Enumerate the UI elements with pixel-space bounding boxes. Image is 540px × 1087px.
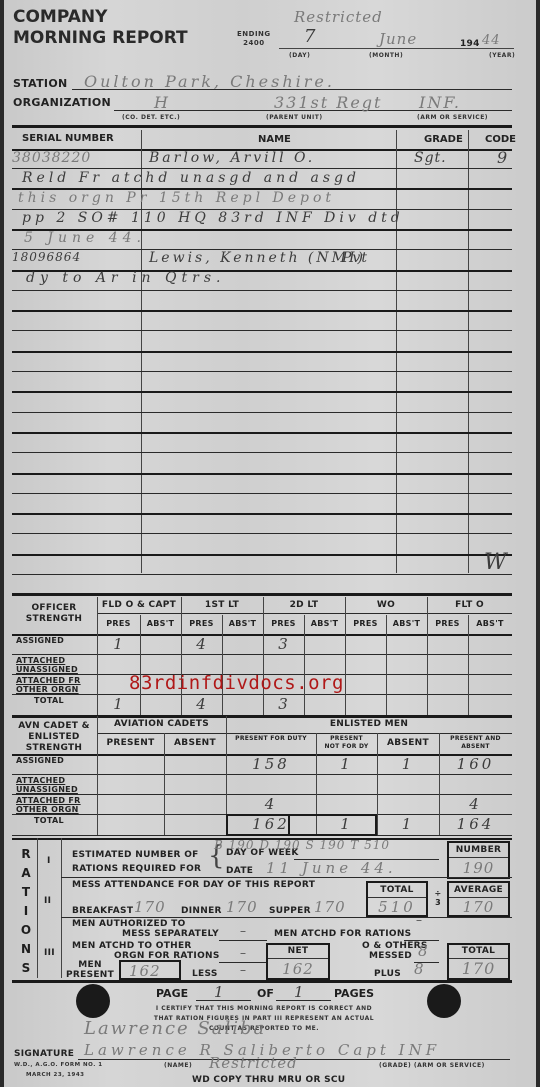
parent-caption: (PARENT UNIT): [266, 114, 323, 121]
officer-col-separator: [304, 615, 305, 715]
year-caption: (YEAR): [489, 52, 515, 59]
enlisted-col-header: ABSENT: [377, 738, 439, 749]
rations-letter: R: [20, 845, 32, 864]
entry-1-name: Barlow, Arvill O.: [149, 150, 315, 166]
officer-subcol-header: PRES: [263, 619, 304, 628]
officer-group-header: WO: [345, 600, 427, 610]
restricted-stamp-bottom: Restricted: [209, 1054, 298, 1072]
certify-line-1: I CERTIFY THAT THIS MORNING REPORT IS CO…: [134, 1004, 394, 1014]
rations-numeral-separator: [61, 838, 62, 978]
ruled-line: [12, 574, 512, 575]
officer-subcol-header: ABS'T: [304, 619, 345, 628]
enlisted-cell: 158: [226, 755, 316, 773]
copy-note: WD COPY THRU MRU OR SCU: [192, 1075, 345, 1085]
entry-1-remark-3: pp 2 SO# 110 HQ 83rd INF Div dtd: [22, 210, 404, 226]
number-label: NUMBER: [449, 843, 508, 858]
date-value: 11 June 44.: [266, 859, 397, 877]
rations-letter: A: [20, 864, 32, 883]
enlisted-group-underline: [97, 733, 512, 734]
enlisted-cell: 4: [226, 795, 316, 813]
dinner-value: 170: [226, 898, 258, 916]
of-label: OF: [257, 987, 274, 1000]
auth-label-2: MESS SEPARATELY: [122, 929, 219, 939]
mess-total-box: TOTAL 510: [366, 881, 428, 917]
rations-part1-label-2: RATIONS REQUIRED FOR: [72, 862, 201, 876]
officer-strength-title: OFFICER STRENGTH: [18, 603, 90, 625]
organization-label: ORGANIZATION: [13, 96, 111, 109]
divide-by-three: ÷ 3: [431, 889, 445, 907]
auth-line: [219, 940, 267, 941]
total-present-box-divider: [288, 814, 290, 835]
officer-cell: 1: [97, 635, 140, 653]
entry-1-code: 9: [497, 148, 508, 167]
less-value: –: [240, 963, 247, 977]
atchd-other-label-1: MEN ATCHD TO OTHER: [72, 941, 192, 951]
enlisted-col-header: PRESENT FOR DUTY: [226, 735, 316, 743]
less-label: LESS: [192, 969, 218, 979]
officer-col-separator: [140, 615, 141, 715]
officer-cell: 3: [263, 695, 304, 713]
enlisted-row-label: ATTACHED UNASSIGNED: [16, 776, 96, 794]
handwritten-signature: Lawrence Saliba: [84, 1018, 266, 1039]
dinner-label: DINNER: [181, 906, 222, 916]
ruled-line: [12, 371, 512, 372]
arm-caption: (ARM OR SERVICE): [417, 114, 488, 121]
enlisted-col-header: PRESENT: [97, 738, 164, 749]
rations-letter-separator: [37, 838, 38, 978]
officer-group-header: FLT O: [427, 600, 512, 610]
ending-label-1: ENDING: [237, 30, 271, 39]
date-label: DATE: [226, 866, 253, 876]
entry-2-serial: 18096864: [12, 250, 81, 264]
ruled-line: [12, 290, 512, 291]
men-present-label: MEN PRESENT: [66, 960, 114, 980]
officer-group-underline: [97, 613, 512, 614]
page-number: 1: [214, 983, 225, 1001]
average-box: AVERAGE 170: [447, 881, 510, 917]
plus-label: PLUS: [374, 969, 401, 979]
enlisted-strength-title: AVN CADET & ENLISTED STRENGTH: [16, 721, 92, 754]
rations-part1-bottom: [61, 877, 512, 878]
supper-value: 170: [314, 898, 346, 916]
enlisted-row-line: [12, 774, 512, 775]
number-box: NUMBER 190: [447, 841, 510, 879]
ruled-line: [12, 330, 512, 331]
aviation-cadets-header: AVIATION CADETS: [97, 719, 226, 729]
atchd-for-rations-value: –: [416, 913, 423, 927]
officer-subcol-header: ABS'T: [468, 619, 512, 628]
men-present-label-2: PRESENT: [66, 970, 114, 980]
rations-total-value: 170: [449, 959, 508, 979]
atchd-other-value: –: [240, 946, 247, 960]
rations-letter: I: [20, 902, 32, 921]
total-pages: 1: [294, 983, 305, 1001]
ruled-line: [12, 391, 512, 393]
entry-2-name: Lewis, Kenneth (NMI): [149, 250, 366, 266]
breakfast-value: 170: [134, 898, 166, 916]
enlisted-cell: 1: [377, 815, 439, 833]
ruled-line: [12, 432, 512, 434]
atchd-for-rations-label: MEN ATCHD FOR RATIONS: [274, 929, 411, 939]
ruled-line: [12, 493, 512, 494]
enlisted-col-separator: [164, 733, 165, 835]
officer-row-label: ATTACHED UNASSIGNED: [16, 656, 96, 674]
ruled-line: [12, 554, 512, 556]
header-divider: [12, 125, 512, 128]
rations-total-box: TOTAL 170: [447, 943, 510, 980]
officer-subcol-header: PRES: [97, 619, 140, 628]
o-others-label-2: MESSED: [369, 951, 412, 961]
enlisted-col-separator: [439, 733, 440, 835]
officer-cell: 3: [263, 635, 304, 653]
title-line-1: COMPANY: [13, 7, 188, 28]
supper-label: SUPPER: [269, 906, 311, 916]
station-value: Oulton Park, Cheshire.: [84, 72, 335, 91]
enlisted-col-header: PRESENT NOT FOR DY: [316, 735, 377, 751]
rations-total-label: TOTAL: [449, 945, 508, 959]
average-value: 170: [449, 898, 508, 916]
ruled-line: [12, 452, 512, 453]
average-label: AVERAGE: [449, 883, 508, 898]
month-caption: (MONTH): [369, 52, 403, 59]
enlisted-cell: 160: [439, 755, 512, 773]
rations-part1-numeral: I: [47, 856, 51, 866]
rations-bottom-border: [12, 980, 512, 983]
report-month: June: [379, 30, 417, 48]
net-box: NET 162: [266, 943, 330, 980]
o-others-value: 8: [418, 942, 429, 960]
officer-group-header: FLD O & CAPT: [97, 600, 181, 610]
officer-row-line: [12, 654, 512, 655]
officer-subcol-header: ABS'T: [140, 619, 181, 628]
rations-side-label: RATIONS: [20, 845, 32, 978]
title-line-2: MORNING REPORT: [13, 28, 188, 49]
enlisted-cell: 4: [439, 795, 512, 813]
officer-col-separator: [97, 597, 98, 715]
enlisted-row-label: ASSIGNED: [16, 756, 96, 765]
ending-label-2: 2400: [237, 39, 271, 48]
grade-arm-caption: (GRADE) (ARM OR SERVICE): [379, 1062, 485, 1069]
col-serial-number: SERIAL NUMBER: [22, 133, 114, 144]
officer-row-label: ASSIGNED: [16, 636, 96, 645]
form-date: MARCH 23, 1943: [26, 1072, 85, 1078]
day-of-week-value: B 190 D 190 S 190 T 510: [214, 838, 390, 852]
enlisted-col-header: ABSENT: [164, 738, 226, 749]
rations-letter: N: [20, 940, 32, 959]
enlisted-row-label: ATTACHED FR OTHER ORGN: [16, 796, 96, 814]
ending-label: ENDING 2400: [237, 30, 271, 48]
officer-col-separator: [222, 615, 223, 715]
men-present-label-1: MEN: [66, 960, 114, 970]
name-caption: (NAME): [164, 1062, 192, 1069]
year-prefix: 194: [460, 39, 480, 49]
officer-bottom-border: [12, 715, 512, 718]
entry-1-serial: 38038220: [12, 150, 91, 166]
enlisted-men-header: ENLISTED MEN: [226, 719, 512, 729]
men-present-value: 162: [121, 962, 179, 980]
entry-1-remark-4: 5 June 44.: [24, 230, 146, 246]
enlisted-col-header: PRESENT AND ABSENT: [439, 735, 512, 751]
plus-value: 8: [414, 960, 425, 978]
rations-letter: S: [20, 959, 32, 978]
officer-group-header: 1ST LT: [181, 600, 263, 610]
entry-1-remark-2: this orgn Pr 15th Repl Depot: [18, 190, 335, 206]
officer-subcol-header: PRES: [427, 619, 468, 628]
col-code: CODE: [485, 134, 516, 145]
signature-label: SIGNATURE: [14, 1049, 74, 1059]
officer-col-separator: [263, 597, 264, 715]
net-value: 162: [268, 959, 328, 979]
officer-col-separator: [386, 615, 387, 715]
margin-initial: W: [484, 550, 508, 575]
morning-report-form: COMPANY MORNING REPORT ENDING 2400 Restr…: [4, 0, 536, 1087]
watermark: 83rdinfdivdocs.org: [129, 672, 344, 694]
report-year: 44: [482, 33, 501, 48]
ruled-line: [12, 168, 512, 169]
officer-group-header: 2D LT: [263, 600, 345, 610]
officer-row-line: [12, 694, 512, 695]
officer-cell: 4: [181, 695, 222, 713]
officer-subcol-header: PRES: [345, 619, 386, 628]
officer-subcol-header: ABS'T: [386, 619, 427, 628]
page-label: PAGE: [156, 987, 188, 1000]
binder-hole-right: [427, 984, 461, 1018]
officer-cell: 4: [181, 635, 222, 653]
net-label: NET: [268, 945, 328, 959]
form-title: COMPANY MORNING REPORT: [13, 7, 188, 49]
rations-part1-label-1: ESTIMATED NUMBER OF: [72, 848, 201, 862]
enlisted-cell: 1: [316, 755, 377, 773]
col-grade: GRADE: [424, 134, 463, 145]
rations-part2-bottom: [61, 917, 512, 918]
officer-col-separator: [427, 597, 428, 715]
ruled-line: [12, 412, 512, 413]
ruled-line: [12, 533, 512, 534]
organization-parent-unit: 331st Regt: [274, 93, 382, 112]
entry-2-remark-1: dy to Ar in Qtrs.: [26, 270, 225, 286]
entry-1-grade: Sgt.: [414, 150, 447, 166]
men-present-box: 162: [119, 960, 181, 980]
ruled-line: [12, 351, 512, 353]
entries-bottom-border: [12, 593, 512, 596]
officer-row-label: ATTACHED FR OTHER ORGN: [16, 676, 96, 694]
officer-col-separator: [468, 615, 469, 715]
officer-col-separator: [181, 597, 182, 715]
form-id: W.D., A.G.O. FORM NO. 1: [14, 1062, 103, 1068]
mess-attendance-label: MESS ATTENDANCE FOR DAY OF THIS REPORT: [72, 880, 315, 890]
officer-subcol-header: ABS'T: [222, 619, 263, 628]
enlisted-cell: 164: [439, 815, 512, 833]
rations-letter: O: [20, 921, 32, 940]
rations-part3-numeral: III: [44, 948, 55, 958]
rations-part2-numeral: II: [44, 896, 51, 906]
rations-part1-label: ESTIMATED NUMBER OF RATIONS REQUIRED FOR: [72, 848, 201, 876]
organization-company: H: [154, 93, 169, 112]
officer-cell: 1: [97, 695, 140, 713]
station-label: STATION: [13, 77, 67, 90]
entry-2-grade: Pvt: [342, 250, 368, 266]
ruled-line: [12, 513, 512, 515]
organization-arm: INF.: [419, 93, 461, 112]
col-name: NAME: [258, 134, 291, 145]
number-value: 190: [449, 858, 508, 878]
entry-1-remark-1: Reld Fr atchd unasgd and asgd: [22, 170, 360, 186]
auth-label-1: MEN AUTHORIZED TO: [72, 919, 186, 929]
pages-label: PAGES: [334, 987, 374, 1000]
breakfast-label: BREAKFAST: [72, 906, 133, 916]
enlisted-col-separator: [97, 716, 98, 835]
binder-hole-left: [76, 984, 110, 1018]
auth-value: –: [240, 924, 247, 938]
ruled-line: [12, 473, 512, 475]
enlisted-col-separator: [377, 733, 378, 835]
report-day: 7: [304, 26, 316, 47]
rations-letter: T: [20, 883, 32, 902]
co-caption: (CO. DET. ETC.): [122, 114, 180, 121]
enlisted-cell: 1: [377, 755, 439, 773]
mess-total-label: TOTAL: [368, 883, 426, 898]
restricted-stamp-top: Restricted: [294, 8, 383, 26]
enlisted-row-label: TOTAL: [34, 816, 114, 825]
total-present-box: [226, 814, 377, 836]
ruled-line: [12, 310, 512, 312]
officer-col-separator: [345, 597, 346, 715]
day-caption: (DAY): [289, 52, 310, 59]
officer-subcol-header: PRES: [181, 619, 222, 628]
